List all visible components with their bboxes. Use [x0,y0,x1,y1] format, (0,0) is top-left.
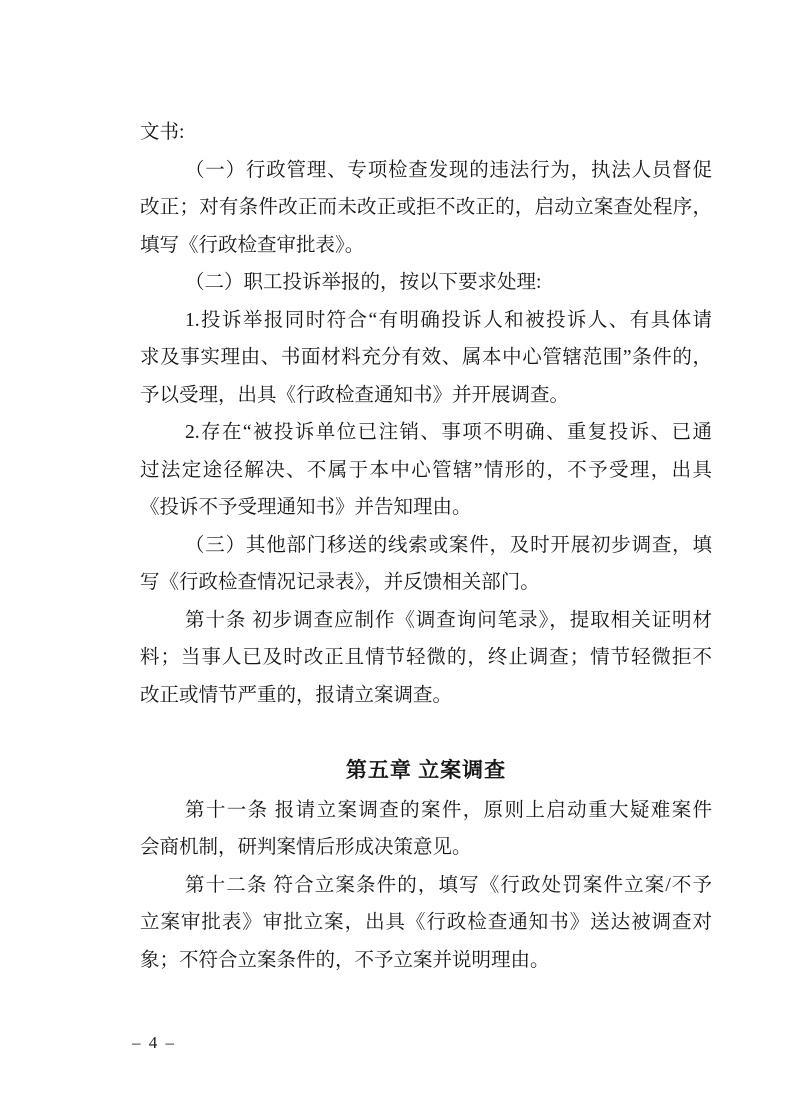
document-page: 文书: （一）行政管理、专项检查发现的违法行为，执法人员督促 改正；对有条件改正… [0,0,792,1120]
text-line: 第十二条 符合立案条件的，填写《行政处罚案件立案/不予 [140,867,712,905]
text-line: 改正；对有条件改正而未改正或拒不改正的，启动立案查处程序， [140,189,712,227]
text-line: 求及事实理由、书面材料充分有效、属本中心管辖范围”条件的， [140,339,712,377]
text-line: 过法定途径解决、不属于本中心管辖”情形的，不予受理，出具 [140,452,712,490]
text-line: 填写《行政检查审批表》。 [140,227,712,265]
text-line: 2.存在“被投诉单位已注销、事项不明确、重复投诉、已通 [140,414,712,452]
text-line: 文书: [140,114,712,152]
text-line: 1.投诉举报同时符合“有明确投诉人和被投诉人、有具体请 [140,302,712,340]
text-line: 料；当事人已及时改正且情节轻微的，终止调查；情节轻微拒不 [140,639,712,677]
text-line: 第十条 初步调查应制作《调查询问笔录》，提取相关证明材 [140,602,712,640]
page-number: – 4 – [132,1033,176,1053]
text-line: （二）职工投诉举报的，按以下要求处理: [140,264,712,302]
document-body: 文书: （一）行政管理、专项检查发现的违法行为，执法人员督促 改正；对有条件改正… [140,114,712,979]
text-line: 予以受理，出具《行政检查通知书》并开展调查。 [140,377,712,415]
text-line: 第十一条 报请立案调查的案件，原则上启动重大疑难案件 [140,792,712,830]
text-line: 会商机制，研判案情后形成决策意见。 [140,829,712,867]
text-line: （三）其他部门移送的线索或案件，及时开展初步调查，填 [140,527,712,565]
text-line: 改正或情节严重的，报请立案调查。 [140,677,712,715]
chapter-heading: 第五章 立案调查 [140,752,712,790]
text-line: （一）行政管理、专项检查发现的违法行为，执法人员督促 [140,152,712,190]
text-line: 象；不符合立案条件的，不予立案并说明理由。 [140,942,712,980]
text-line: 《投诉不予受理通知书》并告知理由。 [140,489,712,527]
text-line: 写《行政检查情况记录表》，并反馈相关部门。 [140,564,712,602]
text-line: 立案审批表》审批立案，出具《行政检查通知书》送达被调查对 [140,904,712,942]
